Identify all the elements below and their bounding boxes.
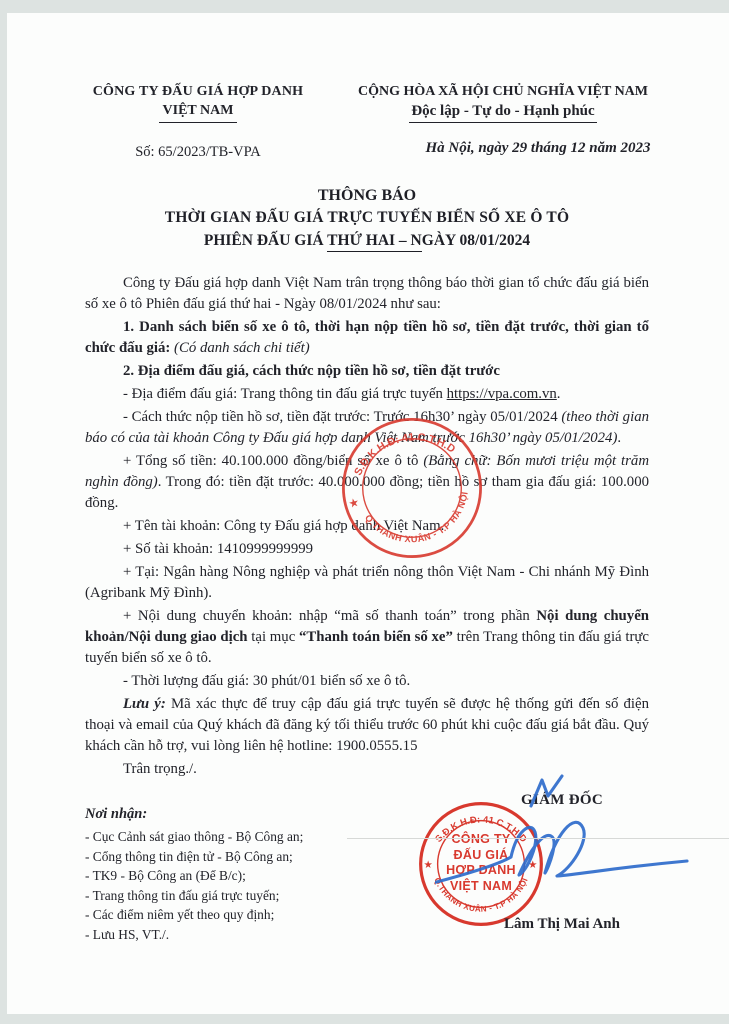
paragraph: Lưu ý: Mã xác thực để truy cập đấu giá t…: [85, 694, 649, 757]
text-run: 2. Địa điểm đấu giá, cách thức nộp tiền …: [123, 363, 500, 379]
document-title: THÔNG BÁO THỜI GIAN ĐẤU GIÁ TRỰC TUYẾN B…: [85, 185, 649, 252]
title-line3-underlined: THỨ HAI – N: [327, 232, 422, 252]
org-name-line1: CÔNG TY ĐẤU GIÁ HỢP DANH: [73, 83, 323, 101]
paragraph: Công ty Đấu giá hợp danh Việt Nam trân t…: [85, 273, 649, 315]
text-run: 1. Danh sách biển số xe ô tô, thời hạn n…: [85, 319, 649, 356]
national-motto: Độc lập - Tự do - Hạnh phúc: [409, 101, 596, 123]
text-run: - Cách thức nộp tiền hồ sơ, tiền đặt trư…: [123, 409, 561, 425]
text-run: .: [617, 430, 621, 446]
text-run: Trân trọng./.: [123, 761, 197, 777]
document-header: CÔNG TY ĐẤU GIÁ HỢP DANH VIỆT NAM Số: 65…: [85, 83, 649, 161]
text-run: + Số tài khoản: 1410999999999: [123, 541, 313, 557]
text-run: - Địa điểm đấu giá: Trang thông tin đấu …: [123, 386, 447, 402]
document-page: CÔNG TY ĐẤU GIÁ HỢP DANH VIỆT NAM Số: 65…: [7, 13, 729, 1014]
title-line3: PHIÊN ĐẤU GIÁ THỨ HAI – NGÀY 08/01/2024: [85, 229, 649, 252]
recipient-item: - Lưu HS, VT./.: [85, 925, 385, 945]
national-title: CỘNG HÒA XÃ HỘI CHỦ NGHĨA VIỆT NAM: [323, 83, 683, 101]
text-run: tại mục: [248, 629, 299, 645]
scan-artifact-line: [347, 838, 729, 839]
svg-text:Q.THANH XUÂN - T.P HÀ NỘI: Q.THANH XUÂN - T.P HÀ NỘI: [362, 488, 479, 556]
recipient-item: - Trang thông tin đấu giá trực tuyến;: [85, 886, 385, 906]
place-and-date: Hà Nội, ngày 29 tháng 12 năm 2023: [323, 140, 683, 157]
text-run: Lưu ý:: [123, 696, 171, 712]
document-footer: Nơi nhận: - Cục Cảnh sát giao thông - Bộ…: [85, 792, 649, 992]
document-number: Số: 65/2023/TB-VPA: [73, 144, 323, 161]
signer-name: Lâm Thị Mai Anh: [437, 916, 687, 933]
edge-seal-left-star: ★: [347, 496, 360, 511]
recipients-title: Nơi nhận:: [85, 806, 385, 823]
title-line2: THỜI GIAN ĐẤU GIÁ TRỰC TUYẾN BIỂN SỐ XE …: [85, 207, 649, 229]
recipients-block: Nơi nhận: - Cục Cảnh sát giao thông - Bộ…: [85, 806, 385, 944]
text-run: Công ty Đấu giá hợp danh Việt Nam trân t…: [85, 275, 649, 312]
title-line3-prefix: PHIÊN ĐẤU GIÁ: [204, 232, 327, 249]
text-run: “Thanh toán biển số xe”: [299, 629, 453, 645]
recipients-list: - Cục Cảnh sát giao thông - Bộ Công an;-…: [85, 827, 385, 944]
recipient-item: - Cổng thông tin điện tử - Bộ Công an;: [85, 847, 385, 867]
svg-text:S.Đ.K.H.Đ: 41 C.T.H.D: S.Đ.K.H.Đ: 41 C.T.H.D: [346, 420, 460, 480]
recipient-item: - Cục Cảnh sát giao thông - Bộ Công an;: [85, 827, 385, 847]
recipient-item: - TK9 - Bộ Công an (Để B/c);: [85, 866, 385, 886]
national-motto-block: CỘNG HÒA XÃ HỘI CHỦ NGHĨA VIỆT NAM Độc l…: [323, 83, 683, 157]
paragraph: - Địa điểm đấu giá: Trang thông tin đấu …: [85, 384, 649, 405]
org-name-line2: VIỆT NAM: [159, 102, 238, 123]
text-run: - Thời lượng đấu giá: 30 phút/01 biển số…: [123, 673, 410, 689]
paragraph: 2. Địa điểm đấu giá, cách thức nộp tiền …: [85, 361, 649, 382]
paragraph: - Thời lượng đấu giá: 30 phút/01 biển số…: [85, 671, 649, 692]
text-run: .: [557, 386, 561, 402]
edge-seal-top-arc-text: S.Đ.K.H.Đ: 41 C.T.H.D: [346, 420, 460, 480]
issuing-org-block: CÔNG TY ĐẤU GIÁ HỢP DANH VIỆT NAM Số: 65…: [73, 83, 323, 161]
title-line1: THÔNG BÁO: [85, 185, 649, 207]
paragraph: + Nội dung chuyển khoản: nhập “mã số tha…: [85, 606, 649, 669]
text-run: + Nội dung chuyển khoản: nhập “mã số tha…: [123, 608, 536, 624]
paragraph: 1. Danh sách biển số xe ô tô, thời hạn n…: [85, 317, 649, 359]
edge-seal-bottom-arc-text: Q.THANH XUÂN - T.P HÀ NỘI: [362, 488, 479, 556]
title-line3-suffix: GÀY 08/01/2024: [422, 232, 530, 249]
text-run: (Có danh sách chi tiết): [174, 340, 310, 356]
recipient-item: - Các điểm niêm yết theo quy định;: [85, 905, 385, 925]
scanned-document-background: { "header": { "org_line1": "CÔNG TY ĐẤU …: [0, 0, 729, 1024]
